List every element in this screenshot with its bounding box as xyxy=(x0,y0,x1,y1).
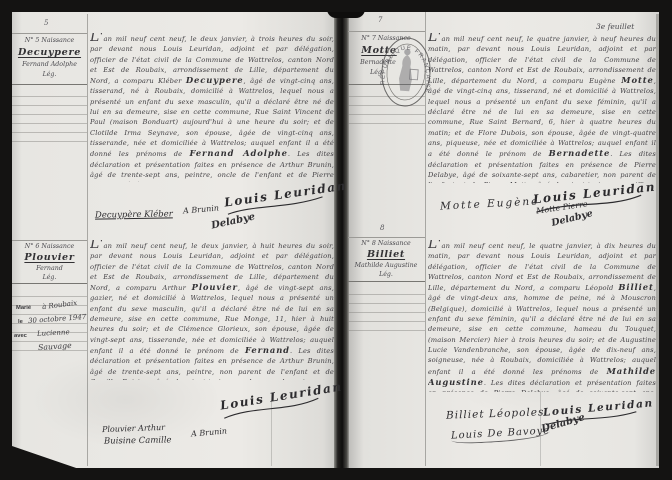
act-8-margin-surname: Billiet xyxy=(349,249,423,260)
scan-edge-left xyxy=(0,0,12,480)
act-5-child-name: Fernand Adolphe xyxy=(189,148,287,158)
feuillet-label: 3e feuillet xyxy=(596,22,634,31)
scan-edge-top xyxy=(0,0,672,12)
act-8-margin-header: N° 8 Naissance xyxy=(349,240,423,247)
act-8-body: L'an mil neuf cent neuf, le quatre janvi… xyxy=(428,240,656,392)
act-8-margin-legit: Lég. xyxy=(349,271,423,278)
right-page-number: 7 xyxy=(378,16,382,24)
act-7-margin-topline xyxy=(348,31,425,32)
act-5-text-2: , âgé de vingt-cinq ans, tisserand, né à… xyxy=(90,77,334,158)
act-5-margin-topline xyxy=(12,33,87,34)
act-7-child-name: Bernadette xyxy=(549,148,611,158)
act-8-father-surname: Billiet xyxy=(618,282,653,292)
marriage-stamp-word-marie: Marié xyxy=(16,305,31,311)
book-binding xyxy=(334,0,349,480)
act-5-margin-ruling xyxy=(12,88,87,146)
act-6-child-name: Fernand xyxy=(245,345,290,355)
register-scan: 5 7 8 3e feuillet N° 5 Naissance Decuype… xyxy=(0,0,672,480)
marriage-stamp-word-le: le xyxy=(18,319,23,325)
act-6-witness2-signature: Buisine Camille xyxy=(104,435,172,446)
act-6-margin-legit: Lég. xyxy=(13,274,86,281)
act-7-father-surname: Motte xyxy=(621,75,653,85)
act-8-margin-given: Mathilde Augustine xyxy=(349,262,423,269)
scan-edge-bottom xyxy=(0,468,672,480)
entry8-index-mark: 8 xyxy=(380,224,384,232)
act-6-margin-separator xyxy=(12,283,87,284)
act-8-margin-separator xyxy=(348,281,425,282)
act-5-father-surname: Decuypere xyxy=(186,75,244,85)
act-6-margin-topline xyxy=(12,240,87,241)
marriage-note-spouse-first: Lucienne xyxy=(37,328,70,338)
act-7-body: L'an mil neuf cent neuf, le quatre janvi… xyxy=(428,33,656,183)
right-page-edge-highlight xyxy=(656,14,659,466)
act-8-text-2: , âgé de vingt-deux ans, homme de peine,… xyxy=(428,284,656,375)
act-5-witness1-signature: Decuypère Kléber xyxy=(95,209,173,220)
act-8-margin-topline xyxy=(348,237,425,238)
act-5-body: L'an mil neuf cent neuf, le deux janvier… xyxy=(90,33,334,182)
scan-edge-right xyxy=(659,0,672,480)
act-6-margin-header: N° 6 Naissance xyxy=(13,243,86,250)
left-page-number: 5 xyxy=(44,19,48,27)
act-6-father-surname: Plouvier xyxy=(192,282,238,292)
act-7-text-2: , âgé de vingt-cinq ans, tisserand, né e… xyxy=(428,77,656,158)
act-5-margin-surname: Decuypere xyxy=(13,47,86,58)
act-6-margin-given: Fernand xyxy=(13,265,86,272)
act-6-body: L'an mil neuf cent neuf, le deux janvier… xyxy=(90,240,334,380)
act-6-margin-surname: Plouvier xyxy=(13,252,86,263)
marriage-stamp-word-avec: avec xyxy=(14,333,27,339)
left-margin-rule xyxy=(87,14,88,466)
act-5-margin-separator xyxy=(12,84,87,85)
act-6-text-2: , âgé de vingt-sept ans, gazier, né et d… xyxy=(90,284,334,355)
act-5-margin-given: Fernand Adolphe xyxy=(13,61,86,68)
republique-francaise-stamp-icon: RÉPUBLIQUE FRANÇAISE xyxy=(378,34,435,109)
act-8-margin-ruling xyxy=(348,286,425,334)
act-5-margin-legit: Lég. xyxy=(13,71,86,78)
act-5-margin-header: N° 5 Naissance xyxy=(13,37,86,44)
